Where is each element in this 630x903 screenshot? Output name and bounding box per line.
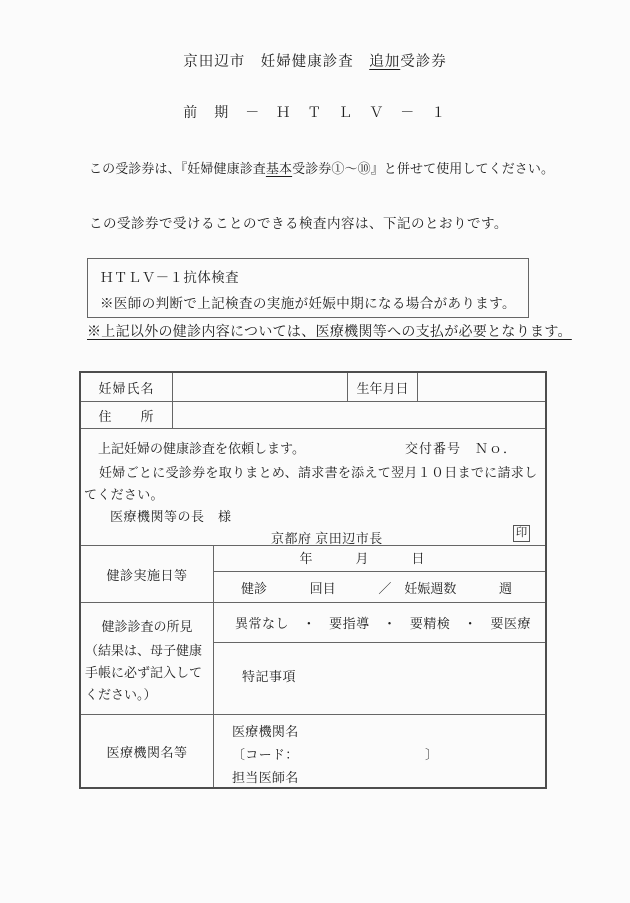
- seal-mark: 印: [513, 525, 530, 542]
- institution-fields: 医療機関名 〔コード： 〕 担当医師名: [214, 715, 545, 787]
- exam-date-label: 健診実施日等: [81, 546, 214, 602]
- option-guidance-needed: 要指導: [329, 613, 370, 632]
- address-label: 住 所: [81, 402, 173, 428]
- payment-note: ※上記以外の健診内容については、医療機関等への支払が必要となります。: [87, 321, 572, 341]
- option-medical-care-needed: 要医療: [490, 613, 531, 632]
- address-field: [173, 402, 545, 428]
- usage-prefix: この受診券は、『妊婦健康診査: [89, 161, 266, 176]
- visit-count-field: 健診 回目 ／ 妊娠週数 週: [214, 572, 545, 602]
- document-subtitle: 前 期 － Ｈ Ｔ Ｌ Ｖ － １: [0, 102, 630, 122]
- exam-date-cells: 年 月 日 健診 回目 ／ 妊娠週数 週: [214, 546, 545, 602]
- table-row-exam-date: 健診実施日等 年 月 日 健診 回目 ／ 妊娠週数 週: [81, 545, 545, 602]
- issue-number-label: 交付番号 Ｎｏ．: [405, 438, 517, 457]
- addressee-line: 医療機関等の長 様: [110, 506, 232, 525]
- findings-cells: 異常なし ・ 要指導 ・ 要精検 ・ 要医療 特記事項: [214, 603, 545, 714]
- mother-name-field: [173, 373, 348, 401]
- institution-code-field: 〔コード： 〕: [232, 743, 545, 766]
- title-underlined-word: 追加: [369, 54, 400, 70]
- contents-instruction: この受診券で受けることのできる検査内容は、下記のとおりです。: [89, 212, 508, 232]
- exam-content-box: ＨＴＬＶ－１抗体検査 ※医師の判断で上記検査の実施が妊娠中期になる場合があります…: [87, 258, 529, 318]
- table-row-name: 妊婦氏名 生年月日: [81, 373, 545, 401]
- billing-note: 妊婦ごとに受診券を取りまとめ、請求書を添えて翌月１０日までに請求してください。: [84, 462, 539, 506]
- option-separator: ・: [302, 613, 316, 632]
- special-notes-field: 特記事項: [214, 643, 545, 714]
- table-row-address: 住 所: [81, 401, 545, 428]
- option-no-abnormality: 異常なし: [235, 613, 289, 632]
- institution-name-field: 医療機関名: [232, 720, 545, 743]
- title-prefix: 京田辺市 妊婦健康診査: [183, 54, 369, 70]
- doctor-name-field: 担当医師名: [232, 766, 545, 789]
- issuer-line: 京都府 京田辺市長: [271, 528, 383, 547]
- usage-suffix: 受診券①～⑩』と併せて使用してください。: [292, 161, 554, 176]
- document-page: { "header": { "title_prefix": "京田辺市 妊婦健康…: [0, 0, 630, 903]
- option-separator: ・: [383, 613, 397, 632]
- birth-date-field: [418, 373, 545, 401]
- title-suffix: 受診券: [400, 54, 447, 70]
- pregnancy-weeks-label: ／ 妊娠週数: [378, 578, 456, 597]
- request-line: 上記妊婦の健康診査を依頼します。: [98, 438, 305, 457]
- table-row-institution: 医療機関名等 医療機関名 〔コード： 〕 担当医師名: [81, 714, 545, 787]
- exam-doctor-note: ※医師の判断で上記検査の実施が妊娠中期になる場合があります。: [100, 291, 528, 317]
- option-detailed-exam-needed: 要精検: [410, 613, 451, 632]
- findings-label-cell: 健診診査の所見 （結果は、母子健康手帳に必ず記入してください。）: [81, 603, 214, 714]
- table-row-request: 上記妊婦の健康診査を依頼します。 交付番号 Ｎｏ． 妊婦ごとに受診券を取りまとめ…: [81, 428, 545, 545]
- birth-date-label: 生年月日: [348, 373, 418, 401]
- pregnancy-weeks-unit: 週: [499, 578, 512, 597]
- exam-date-field: 年 月 日: [214, 546, 545, 572]
- findings-label: 健診診査の所見: [81, 616, 213, 635]
- mother-name-label: 妊婦氏名: [81, 373, 173, 401]
- institution-label: 医療機関名等: [81, 715, 214, 787]
- usage-underlined-word: 基本: [266, 161, 292, 176]
- voucher-form-table: 妊婦氏名 生年月日 住 所 上記妊婦の健康診査を依頼します。 交付番号 Ｎｏ． …: [79, 371, 547, 789]
- findings-options: 異常なし ・ 要指導 ・ 要精検 ・ 要医療: [214, 603, 545, 643]
- usage-instruction: この受診券は、『妊婦健康診査基本受診券①～⑩』と併せて使用してください。: [89, 158, 554, 177]
- exam-test-name: ＨＴＬＶ－１抗体検査: [100, 265, 528, 291]
- document-title: 京田辺市 妊婦健康診査 追加受診券: [0, 50, 630, 71]
- option-separator: ・: [464, 613, 478, 632]
- visit-prefix: 健診: [241, 578, 267, 597]
- findings-label-note: （結果は、母子健康手帳に必ず記入してください。）: [85, 640, 212, 706]
- visit-count-unit: 回目: [310, 578, 336, 597]
- table-row-findings: 健診診査の所見 （結果は、母子健康手帳に必ず記入してください。） 異常なし ・ …: [81, 602, 545, 714]
